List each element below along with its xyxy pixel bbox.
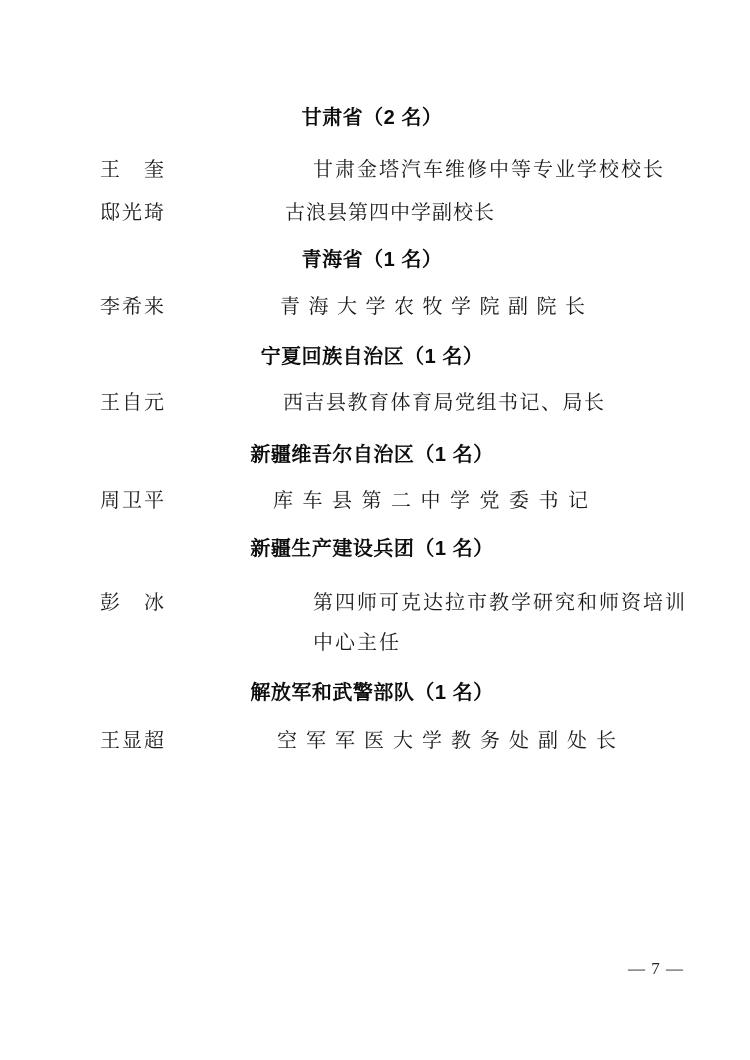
person-title-line1: 第四师可克达拉市教学研究和师资培训 — [313, 591, 687, 615]
person-name: 王显超 — [100, 729, 166, 753]
section-heading-xinjiang: 新疆维吾尔自治区（1 名） — [0, 443, 744, 467]
section-heading-ningxia: 宁夏回族自治区（1 名） — [0, 345, 744, 369]
document-page: 甘肃省（2 名） 王 奎 甘肃金塔汽车维修中等专业学校校长 邸光琦 古浪县第四中… — [0, 0, 750, 1060]
table-row: 王 奎 甘肃金塔汽车维修中等专业学校校长 — [0, 158, 750, 182]
section-heading-pla: 解放军和武警部队（1 名） — [0, 681, 744, 705]
person-name: 李希来 — [100, 295, 166, 319]
section-heading-qinghai: 青海省（1 名） — [0, 248, 744, 272]
section-heading-bingtuan: 新疆生产建设兵团（1 名） — [0, 537, 744, 561]
table-row: 王自元 西吉县教育体育局党组书记、局长 — [0, 391, 750, 415]
person-title: 古浪县第四中学副校长 — [285, 201, 495, 225]
person-title: 库车县第二中学党委书记 — [273, 489, 598, 513]
page-number: — 7 — — [540, 959, 684, 979]
table-row: 周卫平 库车县第二中学党委书记 — [0, 489, 750, 513]
table-row: 李希来 青海大学农牧学院副院长 — [0, 295, 750, 319]
person-title: 青海大学农牧学院副院长 — [280, 295, 594, 319]
table-row: 王显超 空军军医大学教务处副处长 — [0, 729, 750, 753]
person-name: 周卫平 — [100, 489, 166, 513]
person-title: 西吉县教育体育局党组书记、局长 — [283, 391, 606, 415]
table-row: 邸光琦 古浪县第四中学副校长 — [0, 201, 750, 225]
section-heading-gansu: 甘肃省（2 名） — [0, 106, 744, 130]
person-name: 王 奎 — [100, 158, 166, 182]
person-name: 王自元 — [100, 391, 166, 415]
person-title: 空军军医大学教务处副处长 — [277, 729, 625, 753]
person-title-line2: 中心主任 — [313, 631, 401, 655]
person-name: 彭 冰 — [100, 591, 166, 615]
table-row: 彭 冰 第四师可克达拉市教学研究和师资培训 中心主任 — [0, 591, 750, 655]
person-title: 甘肃金塔汽车维修中等专业学校校长 — [313, 158, 665, 182]
person-name: 邸光琦 — [100, 201, 166, 225]
